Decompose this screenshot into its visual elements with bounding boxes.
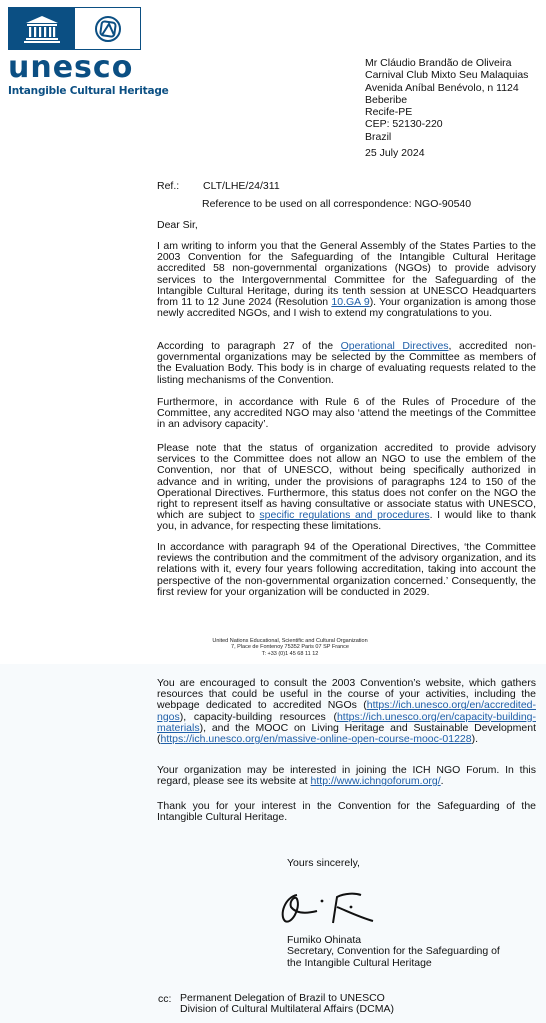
address-line: Avenida Aníbal Benévolo, n 1124	[365, 82, 528, 94]
logo-subtitle: Intangible Cultural Heritage	[8, 85, 169, 97]
address-line: Beberibe	[365, 94, 528, 106]
temple-emblem-icon	[9, 8, 75, 49]
paragraph-rules-of-procedure: Furthermore, in accordance with Rule 6 o…	[157, 397, 536, 431]
ngo-forum-link[interactable]: http://www.ichngoforum.org/	[311, 775, 441, 787]
address-line: Recife-PE	[365, 106, 528, 118]
paragraph-thanks: Thank you for your interest in the Conve…	[157, 801, 536, 823]
paragraph-review: In accordance with paragraph 94 of the O…	[157, 542, 536, 598]
recipient-address: Mr Cláudio Brandão de Oliveira Carnival …	[365, 57, 528, 143]
organization-footer: United Nations Educational, Scientific a…	[150, 638, 430, 657]
closing: Yours sincerely,	[287, 857, 360, 869]
unesco-wordmark: unesco	[8, 53, 133, 83]
ich-emblem-icon	[75, 8, 140, 49]
paragraph-accreditation: I am writing to inform you that the Gene…	[157, 241, 536, 319]
address-line: Carnival Club Mixto Seu Malaquias	[365, 69, 528, 81]
mooc-link[interactable]: https://ich.unesco.org/en/massive-online…	[161, 733, 472, 745]
cc-list: Permanent Delegation of Brazil to UNESCO…	[180, 993, 394, 1016]
cc-label: cc:	[158, 993, 171, 1005]
reference-value: CLT/LHE/24/311	[203, 180, 280, 192]
address-line: Brazil	[365, 131, 528, 143]
paragraph-resources: You are encouraged to consult the 2003 C…	[157, 678, 536, 745]
paragraph-emblem-status: Please note that the status of organizat…	[157, 443, 536, 533]
paragraph-ngo-forum: Your organization may be interested in j…	[157, 765, 536, 787]
resolution-link[interactable]: 10.GA 9	[331, 296, 369, 308]
regulations-procedures-link[interactable]: specific regulations and procedures	[259, 509, 429, 521]
cc-recipient: Division of Cultural Multilateral Affair…	[180, 1004, 394, 1015]
letter-date: 25 July 2024	[365, 147, 425, 159]
reference-label: Ref.:	[157, 180, 179, 192]
signer-block: Fumiko Ohinata Secretary, Convention for…	[287, 935, 500, 969]
salutation: Dear Sir,	[157, 219, 198, 231]
signer-title: the Intangible Cultural Heritage	[287, 958, 500, 969]
operational-directives-link[interactable]: Operational Directives	[341, 340, 449, 352]
paragraph-evaluation-body: According to paragraph 27 of the Operati…	[157, 341, 536, 386]
signature-icon	[275, 887, 385, 937]
unesco-logo	[8, 7, 141, 50]
reference-note: Reference to be used on all corresponden…	[202, 198, 471, 210]
address-line: CEP: 52130-220	[365, 118, 528, 130]
address-line: Mr Cláudio Brandão de Oliveira	[365, 57, 528, 69]
